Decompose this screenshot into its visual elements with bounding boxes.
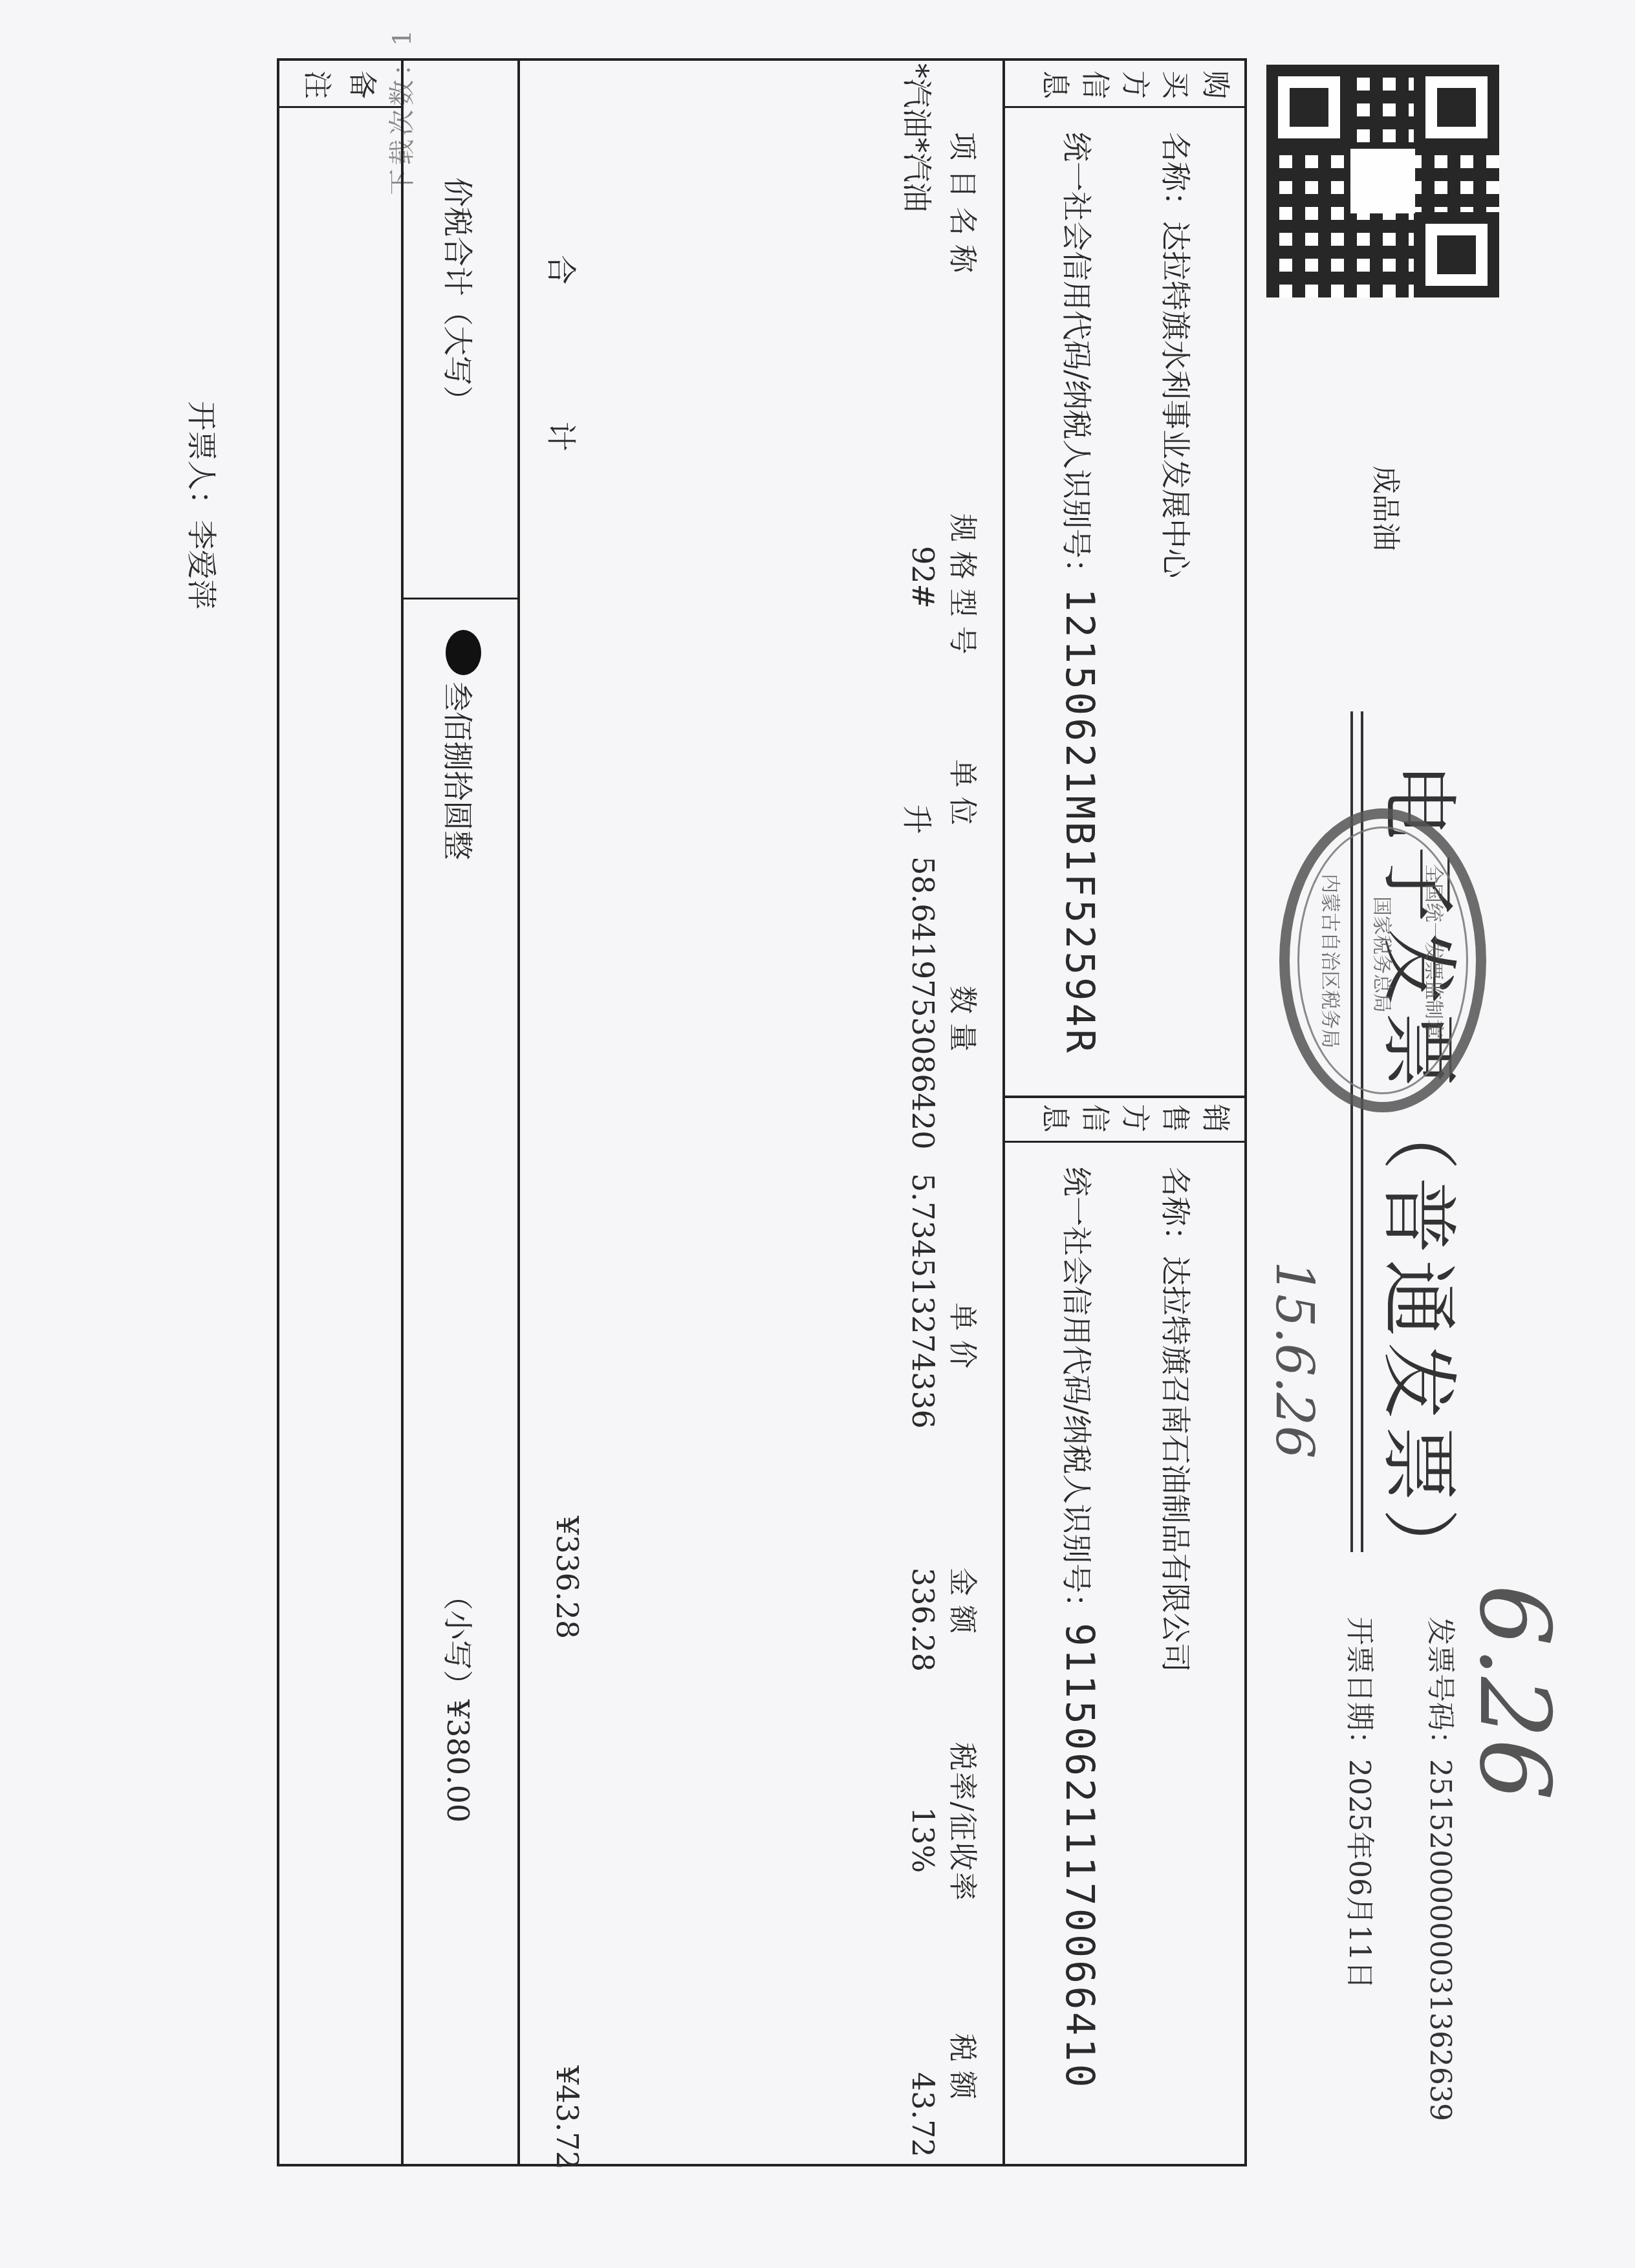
tax-seal-stamp: 全国统一发票监制章 国家税务总局 内蒙古自治区税务局 [1279, 808, 1486, 1112]
invoice-category: 成品油 [1367, 466, 1409, 551]
currency-mark-icon [446, 630, 481, 675]
divider [277, 106, 404, 108]
divider [1005, 1141, 1244, 1143]
total-tax: ¥43.72 [550, 2066, 585, 2170]
grand-total-label: 价税合计（大写） [439, 177, 481, 415]
issuer: 开票人：李爱萍 [182, 401, 225, 609]
invoice-table: 购买方信息 名称：达拉特旗水利事业发展中心 统一社会信用代码/纳税人识别号：12… [277, 58, 1247, 2166]
grand-total-words: 叁佰捌拾圆整 [439, 682, 481, 860]
total-amount: ¥336.28 [550, 1516, 585, 1639]
col-header-amount: 金额 [944, 1568, 986, 1643]
col-header-unit: 单位 [944, 759, 986, 834]
grand-total-small: （小写）¥380.00 [439, 1581, 481, 1822]
col-header-price: 单价 [944, 1302, 986, 1377]
buyer-tax-id: 统一社会信用代码/纳税人识别号：12150621MB1F52594R [1057, 132, 1102, 1055]
divider [401, 61, 404, 2164]
col-header-spec: 规格型号 [944, 513, 986, 664]
divider [517, 61, 520, 2164]
divider [1005, 1096, 1244, 1098]
buyer-section-label: 购买方信息 [1034, 69, 1235, 101]
handwritten-signature: 15.6.26 [1264, 1261, 1325, 1458]
buyer-name: 名称：达拉特旗水利事业发展中心 [1156, 132, 1199, 578]
handwritten-signature: 6.26 [1458, 1584, 1570, 1800]
invoice-page: 下载次数：1 成品油 电子发票（普通发票） 全国统一发票监制章 国家税务总局 内… [0, 0, 1635, 2268]
col-header-tax: 税额 [944, 2033, 986, 2108]
qr-code [1266, 65, 1499, 297]
totals-label: 合 计 [542, 255, 585, 477]
col-header-qty: 数量 [944, 986, 986, 1061]
remarks-label: 备注 [294, 69, 384, 101]
seller-section-label: 销售方信息 [1034, 1102, 1235, 1134]
divider [1005, 106, 1244, 108]
seller-name: 名称：达拉特旗召南石油制品有限公司 [1156, 1167, 1199, 1672]
invoice: 成品油 电子发票（普通发票） 全国统一发票监制章 国家税务总局 内蒙古自治区税务… [0, 0, 1635, 2268]
col-header-rate: 税率/征收率 [944, 1742, 986, 1902]
divider [404, 598, 520, 599]
col-header-name: 项目名称 [944, 132, 986, 282]
seller-tax-id: 统一社会信用代码/纳税人识别号：911506211170066410 [1057, 1167, 1102, 2090]
divider [1002, 61, 1005, 2164]
issue-date: 开票日期：2025年06月11日 [1341, 1617, 1383, 1989]
